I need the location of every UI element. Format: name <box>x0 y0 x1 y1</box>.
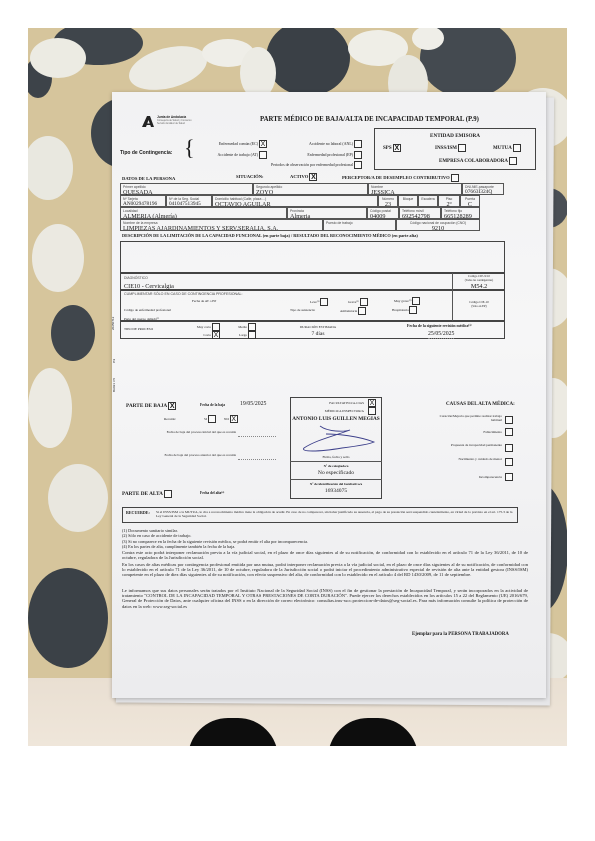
observacion-label: Periodos de observación por enfermedad p… <box>271 163 353 167</box>
medio-label: Medio <box>238 325 247 329</box>
legal-paragraph-3: Le informamos que sus datos personales s… <box>122 588 528 609</box>
muy-grave-checkbox[interactable] <box>412 297 420 305</box>
empresa-value: LIMPIEZAS AJARDINAMIENTOS Y SERV.SERALIA… <box>123 225 320 232</box>
ambulatoria-checkbox[interactable] <box>358 307 366 315</box>
causa-curacion-checkbox[interactable] <box>505 416 513 424</box>
diagnostico-label: DIAGNÓSTICO <box>124 276 148 280</box>
localidad-field: Localidad ALMERIA (Almería) <box>120 207 287 219</box>
brace-icon: { <box>184 137 195 159</box>
logo-sub2: Servicio Andaluz de Salud <box>157 123 217 126</box>
no-label: NO <box>224 417 229 421</box>
causa-incomparecencia-checkbox[interactable] <box>505 473 513 481</box>
leve-label: Leve⁽¹⁾ <box>310 300 319 304</box>
grave-label: Grave⁽²⁾ <box>348 300 359 304</box>
causas-title: CAUSAS DEL ALTA MÉDICA: <box>446 402 515 408</box>
descripcion-title: DESCRIPCIÓN DE LA LIMITACIÓN DE LA CAPAC… <box>122 233 542 238</box>
muy-grave-label: Muy grave⁽²⁾ <box>394 299 411 303</box>
segundo-apellido-field: Segundo apellido ZOYO <box>253 183 368 195</box>
hospitalaria-checkbox[interactable] <box>409 306 417 314</box>
cno-value: 9210 <box>399 225 477 232</box>
tarjeta-field: Nº Tarjeta AN0029478196 <box>120 195 166 207</box>
recaida-si-checkbox[interactable] <box>208 415 216 423</box>
puerta-field: Puerta C <box>460 195 480 207</box>
form-title: PARTE MÉDICO DE BAJA/ALTA DE INCAPACIDAD… <box>260 116 479 124</box>
identificacion-label: Nº de identificación del facultativo/a <box>272 482 400 486</box>
seg-social-field: Nº de la Seg. Social 041047513945 <box>166 195 212 207</box>
inspector-checkbox[interactable] <box>368 407 376 415</box>
cie-ep-cell: Código CIE-10 (Sólo en EP) <box>452 290 505 321</box>
junta-logo-icon <box>142 116 154 127</box>
provincia-field: Provincia Almeria <box>287 207 367 219</box>
codigo-cie-sub: (Todas las contingencias) <box>453 279 505 282</box>
side-code-3: BA021 V.5 <box>113 378 117 392</box>
numero-field: Número 23 <box>378 195 398 207</box>
parte-alta-checkbox[interactable] <box>164 490 172 498</box>
cie-ep-sub: (Sólo en EP) <box>453 305 505 309</box>
tel-fijo-field: Teléfono fijo 665128289 <box>441 207 480 219</box>
si-label: SI <box>204 417 207 421</box>
revision-value: 25/05/2025 <box>428 331 454 339</box>
revision-label: Fecha de la siguiente revisión médica⁽³⁾ <box>407 324 472 329</box>
diagnostico-box <box>120 273 505 290</box>
largo-checkbox[interactable] <box>248 331 256 339</box>
persona-section-title: DATOS DE LA PERSONA <box>122 176 175 182</box>
parte-baja-label: PARTE DE BAJA <box>126 403 167 409</box>
parte-alta-label: PARTE DE ALTA <box>122 491 163 497</box>
medio-checkbox[interactable] <box>248 323 256 331</box>
ejemplar-label: Ejemplar para la PERSONA TRABAJADORA <box>412 632 509 638</box>
medical-leave-form: Junta de Andalucía Consejería de Salud y… <box>112 92 546 698</box>
puesto-field: Puesto de trabajo <box>323 219 396 231</box>
facultativo-label: FACULTATIVO/A-CIAS <box>329 401 364 405</box>
fecha-at-label: Fecha de AT o EP <box>192 299 216 303</box>
causa-incapacidad-checkbox[interactable] <box>505 444 513 452</box>
recaida-label: Recaída: <box>164 417 176 421</box>
ec-label: Enfermedad común (EC) <box>219 142 258 146</box>
colegiado-value: No especificado <box>290 470 382 477</box>
primer-apellido-field: Primer apellido QUESADA <box>120 183 253 195</box>
fecha-inicial-input[interactable] <box>238 436 276 437</box>
causa-incomparecencia-label: Incomparecencia <box>479 475 502 479</box>
activo-label: ACTIVO <box>290 174 308 179</box>
anl-checkbox[interactable] <box>354 140 362 148</box>
causa-fallecimiento-label: Fallecimiento <box>483 430 502 434</box>
largo-label: Largo <box>239 333 247 337</box>
fecha-baja-value: 19/05/2025 <box>240 401 266 408</box>
side-code-1: 20250712 <box>112 317 116 330</box>
empresa-colaboradora-checkbox[interactable] <box>509 157 517 165</box>
causa-nacimiento-checkbox[interactable] <box>505 458 513 466</box>
tel-movil-field: Teléfono móvil 692542798 <box>399 207 441 219</box>
inss-label: INSS/ISM <box>435 146 457 151</box>
bloque-field: Bloque <box>398 195 418 207</box>
duracion-value: 7 días <box>288 331 348 338</box>
tipo-proceso-label: TIPO DE PROCESO <box>124 327 153 331</box>
entidad-title: ENTIDAD EMISORA <box>375 133 535 139</box>
sps-checkbox[interactable]: X <box>393 144 401 152</box>
ec-checkbox[interactable]: X <box>259 140 267 148</box>
grave-checkbox[interactable] <box>360 298 368 306</box>
signature-scribble <box>298 422 378 454</box>
causa-incapacidad-label: Propuesta de incapacidad permanente <box>451 443 502 447</box>
footnotes: (1) Documento sanitario similar. (2) Sól… <box>122 528 522 549</box>
causa-nacimiento-label: Nacimiento y cuidado de menor <box>459 457 503 461</box>
fecha-baja-label: Fecha de la baja <box>200 403 225 407</box>
firma-label: Firma, fecha y sello <box>290 455 382 459</box>
recuerde-label: RECUERDE: <box>126 511 150 516</box>
fecha-anterior-label: Fecha de baja del proceso anterior del q… <box>152 453 236 457</box>
ep-label: Enfermedad profesional (EP) <box>307 153 353 157</box>
footnote-4: (4) En los partes de alta, cumplimente t… <box>122 544 522 549</box>
corto-checkbox[interactable]: X <box>212 331 220 339</box>
inspector-label: MÉDICO/A INSPECTOR/A <box>325 409 364 413</box>
recuerde-text: Si el INSS/ISM o la MUTUA, le cita a rec… <box>156 510 514 519</box>
fecha-inicial-label: Fecha de baja del proceso inicial del qu… <box>152 430 236 434</box>
sps-label: SPS <box>383 146 392 151</box>
recaida-no-checkbox[interactable]: X <box>230 415 238 423</box>
legal-paragraph-2: En los casos de altas médicas por contin… <box>122 562 528 578</box>
leve-checkbox[interactable] <box>320 298 328 306</box>
codigo-ep-label: Código de enfermedad profesional <box>124 308 171 312</box>
parte-baja-checkbox[interactable]: X <box>168 402 176 410</box>
situacion-label: SITUACIÓN: <box>236 174 264 180</box>
legal-paragraph-1: Contra este acto podrá interponer reclam… <box>122 550 528 560</box>
descripcion-textarea[interactable] <box>120 241 505 273</box>
nombre-field: Nombre JESSICA <box>368 183 462 195</box>
ambulatoria-label: Ambulatoria <box>340 309 357 313</box>
duracion-label: DURACIÓN ESTIMADA <box>288 325 348 329</box>
codigo-cie-cell: Código CIE-9/10 (Todas las contingencias… <box>452 273 505 290</box>
facultativo-checkbox[interactable]: X <box>368 399 376 407</box>
profesional-title: CUMPLIMENTAR SÓLO EN CASO DE CONTINGENCI… <box>124 292 243 296</box>
fecha-alta-label: Fecha del alta⁽⁴⁾ <box>200 491 224 495</box>
side-code-2: P.9 <box>113 359 117 363</box>
junta-andalucia-logo: Junta de Andalucía Consejería de Salud y… <box>142 116 154 130</box>
tipo-asistencia-label: Tipo de asistencia: <box>290 308 315 312</box>
at-checkbox[interactable] <box>259 151 267 159</box>
cno-field: Código nacional de ocupación (CNO) 9210 <box>396 219 480 231</box>
domicilio-field: Domicilio habitual (Calle, plaza ...) OC… <box>212 195 378 207</box>
escalera-field: Escalera <box>418 195 438 207</box>
entidad-emisora-box: ENTIDAD EMISORA SPS X INSS/ISM MUTUA EMP… <box>374 128 536 170</box>
contingencia-label: Tipo de Contingencia: <box>120 150 172 156</box>
perceptora-label: PERCEPTOR/A DE DESEMPLEO CONTRIBUTIVO <box>342 175 450 180</box>
empresa-field: Nombre de la empresa LIMPIEZAS AJARDINAM… <box>120 219 323 231</box>
mutua-label: MUTUA <box>493 146 512 151</box>
muy-corto-label: Muy corto <box>197 325 211 329</box>
perceptora-checkbox[interactable] <box>451 174 459 182</box>
muy-corto-checkbox[interactable] <box>212 323 220 331</box>
at-label: Accidente de trabajo (AT) <box>218 153 259 157</box>
activo-checkbox[interactable]: X <box>309 173 317 181</box>
codigo-postal-field: Código postal 04009 <box>367 207 399 219</box>
ep-checkbox[interactable] <box>354 151 362 159</box>
piso-field: Piso 2º <box>438 195 460 207</box>
inss-checkbox[interactable] <box>458 144 466 152</box>
hospitalaria-label: Hospitalaria <box>392 308 409 312</box>
fecha-anterior-input[interactable] <box>238 459 276 460</box>
causa-fallecimiento-checkbox[interactable] <box>505 428 513 436</box>
empresa-colaboradora-label: EMPRESA COLABORADORA <box>439 159 508 164</box>
corto-label: Corto <box>203 333 211 337</box>
dni-field: DNI-NIE-pasaporte 07663I324Q <box>462 183 504 195</box>
identificacion-value: 16934075 <box>290 488 382 495</box>
observacion-checkbox[interactable] <box>354 161 362 169</box>
causa-curacion-label: Curación/Mejoría que permite realizar tr… <box>440 414 502 422</box>
anl-label: Accidente no laboral (ANL) <box>309 142 353 146</box>
colegiado-label: Nº de colegiado/a <box>290 464 382 468</box>
mutua-checkbox[interactable] <box>513 144 521 152</box>
